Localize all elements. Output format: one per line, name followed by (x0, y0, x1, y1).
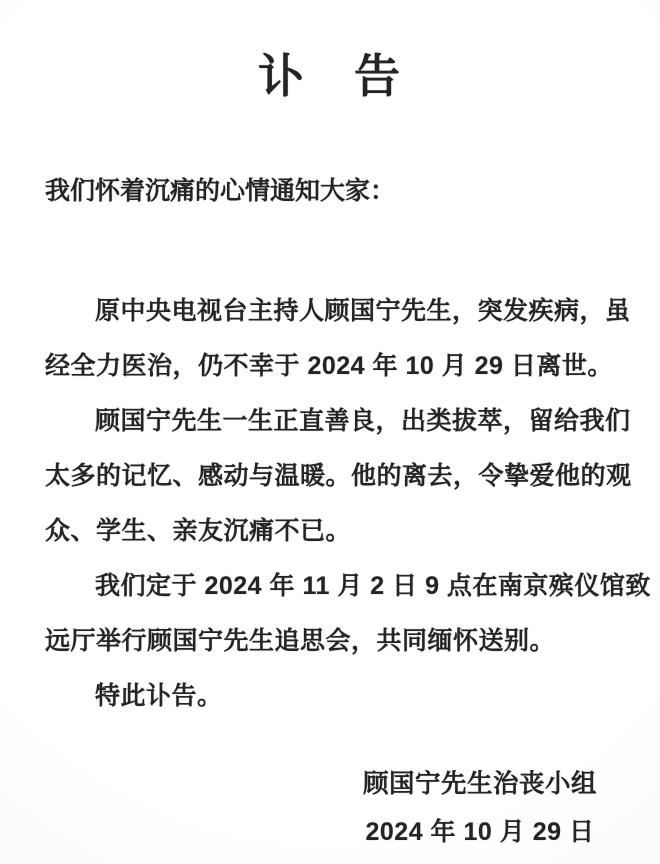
obituary-document: 讣 告 我们怀着沉痛的心情通知大家： 原中央电视台主持人顾国宁先生，突发疾病，虽… (0, 0, 660, 864)
body-line: 顾国宁先生一生正直善良，出类拔萃，留给我们 (45, 394, 615, 449)
body-line: 我们定于 2024 年 11 月 2 日 9 点在南京殡仪馆致 (45, 559, 615, 614)
document-title: 讣 告 (45, 0, 615, 104)
body-line: 太多的记忆、感动与温暖。他的离去，令挚爱他的观 (45, 449, 615, 504)
document-body: 原中央电视台主持人顾国宁先生，突发疾病，虽 经全力医治，仍不幸于 2024 年 … (45, 284, 615, 724)
body-line: 经全力医治，仍不幸于 2024 年 10 月 29 日离世。 (45, 339, 615, 394)
body-line: 特此讣告。 (45, 669, 615, 724)
greeting-line: 我们怀着沉痛的心情通知大家： (45, 176, 615, 206)
signature-date: 2024 年 10 月 29 日 (363, 816, 597, 848)
body-line: 众、学生、亲友沉痛不已。 (45, 504, 615, 559)
signature-block: 顾国宁先生治丧小组 2024 年 10 月 29 日 (363, 768, 597, 848)
body-line: 原中央电视台主持人顾国宁先生，突发疾病，虽 (45, 284, 615, 339)
body-line: 远厅举行顾国宁先生追思会，共同缅怀送别。 (45, 614, 615, 669)
signature-name: 顾国宁先生治丧小组 (363, 768, 597, 800)
